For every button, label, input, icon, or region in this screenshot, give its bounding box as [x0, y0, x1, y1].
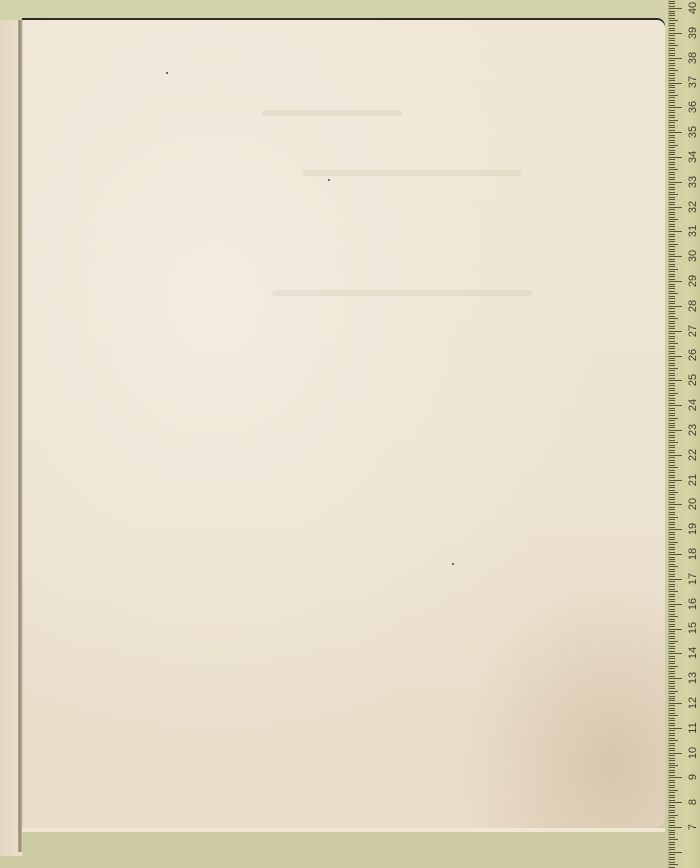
ruler-tick: [669, 671, 675, 672]
ruler-tick: [669, 408, 675, 409]
ruler-tick: [669, 3, 675, 4]
ruler-tick: [669, 343, 678, 344]
ruler-tick: [669, 614, 675, 615]
ruler-tick: [669, 678, 682, 679]
ruler-tick: [669, 760, 675, 761]
ruler-tick: [669, 256, 682, 257]
ruler-tick: [669, 390, 675, 391]
ruler-tick: [669, 849, 675, 850]
ruler-label: 39: [687, 23, 699, 43]
ruler-label: 12: [687, 693, 699, 713]
ruler-tick: [669, 6, 675, 7]
ruler-tick: [669, 97, 675, 98]
ruler-tick: [669, 450, 675, 451]
ruler-tick: [669, 145, 678, 146]
ruler-tick: [669, 663, 675, 664]
ruler-label: 31: [687, 221, 699, 241]
ruler-tick: [669, 303, 675, 304]
bleed-through-mark: [302, 170, 522, 176]
ruler-tick: [669, 581, 675, 582]
ruler-tick: [669, 117, 675, 118]
ruler-tick: [669, 306, 682, 307]
ruler-tick: [669, 92, 675, 93]
ruler-tick: [669, 648, 675, 649]
ruler-tick: [669, 447, 675, 448]
ruler-tick: [669, 425, 675, 426]
ruler-tick: [669, 832, 675, 833]
ruler-tick: [669, 492, 678, 493]
ruler-tick: [669, 246, 675, 247]
ruler-tick: [669, 105, 675, 106]
ruler-tick: [669, 566, 678, 567]
ruler-tick: [669, 698, 675, 699]
blank-page: [22, 20, 665, 828]
ruler-tick: [669, 606, 675, 607]
ruler-tick: [669, 13, 675, 14]
ruler-tick: [669, 767, 675, 768]
ruler-label: 9: [687, 767, 699, 787]
ruler-tick: [669, 477, 675, 478]
ruler-tick: [669, 373, 675, 374]
ruler-tick: [669, 259, 675, 260]
bleed-through-mark: [272, 290, 532, 296]
ruler-tick: [669, 825, 675, 826]
ruler-tick: [669, 586, 675, 587]
ruler-tick: [669, 214, 675, 215]
ruler-tick: [669, 80, 675, 81]
ruler-tick: [669, 415, 675, 416]
ruler-tick: [669, 279, 675, 280]
ruler-tick: [669, 626, 675, 627]
ruler-label: 34: [687, 147, 699, 167]
ruler-tick: [669, 636, 675, 637]
ruler-tick: [669, 561, 675, 562]
ruler-tick: [669, 326, 675, 327]
ruler-tick: [669, 418, 678, 419]
ruler-tick: [669, 651, 675, 652]
ruler-tick: [669, 1, 675, 2]
ruler-tick: [669, 189, 675, 190]
ruler-tick: [669, 132, 682, 133]
ruler-tick: [669, 316, 675, 317]
ruler-tick: [669, 410, 675, 411]
ruler-tick: [669, 291, 675, 292]
ruler-tick: [669, 609, 675, 610]
ruler-label: 33: [687, 172, 699, 192]
ruler-tick: [669, 152, 675, 153]
ruler-tick: [669, 435, 675, 436]
ruler-tick: [669, 423, 675, 424]
ruler-tick: [669, 30, 675, 31]
ruler-tick: [669, 338, 675, 339]
ruler-tick: [669, 281, 682, 282]
ruler-tick: [669, 745, 675, 746]
ruler-tick: [669, 380, 682, 381]
ruler-label: 10: [687, 743, 699, 763]
ruler-tick: [669, 817, 675, 818]
ruler-tick: [669, 790, 678, 791]
ruler-tick: [669, 375, 675, 376]
ruler-tick: [669, 532, 675, 533]
ruler-tick: [669, 150, 675, 151]
ruler-tick: [669, 599, 675, 600]
ruler-tick: [669, 820, 675, 821]
ruler-tick: [669, 549, 675, 550]
ruler-tick: [669, 432, 675, 433]
ruler-label: 25: [687, 370, 699, 390]
ruler-tick: [669, 288, 675, 289]
ruler-tick: [669, 658, 675, 659]
ruler-tick: [669, 125, 675, 126]
ruler-label: 32: [687, 197, 699, 217]
ruler-tick: [669, 70, 678, 71]
ruler-tick: [669, 643, 675, 644]
ruler-tick: [669, 137, 675, 138]
ruler-tick: [669, 370, 675, 371]
ruler-tick: [669, 241, 675, 242]
ruler-tick: [669, 311, 675, 312]
paper-speck: [166, 72, 168, 74]
ruler-tick: [669, 420, 675, 421]
ruler-tick: [669, 686, 675, 687]
ruler-tick: [669, 552, 675, 553]
ruler-tick: [669, 785, 675, 786]
ruler-tick: [669, 502, 675, 503]
ruler-tick: [669, 130, 675, 131]
ruler-tick: [669, 87, 675, 88]
ruler-tick: [669, 641, 678, 642]
ruler-tick: [669, 107, 682, 108]
ruler-tick: [669, 209, 675, 210]
ruler-tick: [669, 140, 675, 141]
ruler-tick: [669, 20, 678, 21]
ruler-tick: [669, 750, 675, 751]
ruler-tick: [669, 266, 675, 267]
ruler-tick: [669, 360, 675, 361]
ruler-tick: [669, 400, 675, 401]
ruler-label: 7: [687, 817, 699, 837]
ruler-tick: [669, 264, 675, 265]
ruler-tick: [669, 318, 678, 319]
ruler-tick: [669, 212, 675, 213]
ruler-tick: [669, 524, 675, 525]
ruler-label: 19: [687, 519, 699, 539]
ruler-label: 13: [687, 668, 699, 688]
ruler-tick: [669, 395, 675, 396]
ruler-tick: [669, 728, 682, 729]
ruler-label: 20: [687, 494, 699, 514]
ruler-tick: [669, 740, 678, 741]
ruler-tick: [669, 276, 675, 277]
ruler-tick: [669, 830, 675, 831]
ruler-tick: [669, 795, 675, 796]
ruler-tick: [669, 594, 675, 595]
ruler-tick: [669, 480, 682, 481]
ruler-tick: [669, 797, 675, 798]
ruler-tick: [669, 55, 675, 56]
ruler-label: 27: [687, 321, 699, 341]
ruler-tick: [669, 834, 675, 835]
ruler-label: 38: [687, 48, 699, 68]
ruler-tick: [669, 629, 682, 630]
ruler-tick: [669, 398, 675, 399]
ruler-tick: [669, 164, 675, 165]
ruler-tick: [669, 601, 675, 602]
ruler-tick: [669, 666, 678, 667]
ruler-tick: [669, 837, 675, 838]
ruler-tick: [669, 336, 675, 337]
ruler-tick: [669, 368, 678, 369]
ruler-label: 30: [687, 246, 699, 266]
ruler-tick: [669, 271, 675, 272]
ruler-tick: [669, 621, 675, 622]
ruler-tick: [669, 53, 675, 54]
ruler-tick: [669, 261, 675, 262]
ruler-tick: [669, 676, 675, 677]
ruler-tick: [669, 455, 682, 456]
ruler-tick: [669, 127, 675, 128]
ruler-tick: [669, 217, 675, 218]
ruler-label: 35: [687, 122, 699, 142]
measuring-ruler: 4039383736353433323130292827262524232221…: [668, 0, 700, 868]
ruler-tick: [669, 427, 675, 428]
ruler-tick: [669, 11, 675, 12]
ruler-tick: [669, 633, 675, 634]
ruler-tick: [669, 445, 675, 446]
ruler-tick: [669, 703, 682, 704]
ruler-tick: [669, 58, 682, 59]
ruler-tick: [669, 656, 675, 657]
ruler-tick: [669, 802, 682, 803]
ruler-tick: [669, 142, 675, 143]
page-bottom-edge: [22, 828, 665, 832]
ruler-tick: [669, 251, 675, 252]
ruler-tick: [669, 75, 675, 76]
ruler-tick: [669, 90, 675, 91]
ruler-label: 26: [687, 345, 699, 365]
ruler-label: 14: [687, 643, 699, 663]
ruler-tick: [669, 308, 675, 309]
ruler-tick: [669, 681, 675, 682]
ruler-tick: [669, 638, 675, 639]
ruler-tick: [669, 231, 682, 232]
ruler-tick: [669, 529, 682, 530]
ruler-tick: [669, 122, 675, 123]
ruler-tick: [669, 782, 675, 783]
ruler-tick: [669, 673, 675, 674]
ruler-tick: [669, 475, 675, 476]
ruler-tick: [669, 584, 675, 585]
ruler-tick: [669, 234, 675, 235]
ruler-tick: [669, 95, 678, 96]
ruler-tick: [669, 147, 675, 148]
ruler-tick: [669, 462, 675, 463]
ruler-label: 16: [687, 594, 699, 614]
ruler-tick: [669, 184, 675, 185]
ruler-tick: [669, 522, 675, 523]
ruler-tick: [669, 735, 675, 736]
ruler-tick: [669, 8, 682, 9]
ruler-tick: [669, 512, 675, 513]
ruler-tick: [669, 346, 675, 347]
ruler-tick: [669, 800, 675, 801]
ruler-tick: [669, 472, 675, 473]
ruler-tick: [669, 78, 675, 79]
ruler-label: 11: [687, 718, 699, 738]
ruler-tick: [669, 28, 675, 29]
ruler-tick: [669, 442, 678, 443]
ruler-label: 23: [687, 420, 699, 440]
ruler-tick: [669, 527, 675, 528]
ruler-label: 29: [687, 271, 699, 291]
ruler-tick: [669, 569, 675, 570]
ruler-tick: [669, 544, 675, 545]
ruler-tick: [669, 313, 675, 314]
ruler-label: 18: [687, 544, 699, 564]
ruler-label: 8: [687, 792, 699, 812]
ruler-tick: [669, 780, 675, 781]
ruler-tick: [669, 542, 678, 543]
ruler-tick: [669, 358, 675, 359]
ruler-label: 36: [687, 97, 699, 117]
ruler-tick: [669, 465, 675, 466]
ruler-tick: [669, 490, 675, 491]
ruler-label: 21: [687, 470, 699, 490]
ruler-tick: [669, 770, 675, 771]
ruler-tick: [669, 43, 675, 44]
ruler-tick: [669, 827, 682, 828]
ruler-tick: [669, 157, 682, 158]
ruler-tick: [669, 403, 675, 404]
ruler-tick: [669, 365, 675, 366]
ruler-tick: [669, 733, 675, 734]
ruler-tick: [669, 65, 675, 66]
ruler-tick: [669, 25, 675, 26]
ruler-tick: [669, 509, 675, 510]
ruler-tick: [669, 331, 682, 332]
ruler-tick: [669, 177, 675, 178]
ruler-tick: [669, 85, 675, 86]
ruler-tick: [669, 547, 675, 548]
ruler-tick: [669, 199, 675, 200]
ruler-tick: [669, 725, 675, 726]
ruler-tick: [669, 720, 675, 721]
ruler-tick: [669, 413, 675, 414]
ruler-tick: [669, 715, 678, 716]
ruler-tick: [669, 48, 675, 49]
ruler-tick: [669, 341, 675, 342]
ruler-tick: [669, 356, 682, 357]
ruler-tick: [669, 683, 675, 684]
ruler-tick: [669, 23, 675, 24]
ruler-tick: [669, 743, 675, 744]
ruler-tick: [669, 437, 675, 438]
ruler-tick: [669, 162, 675, 163]
ruler-tick: [669, 115, 675, 116]
ruler-tick: [669, 514, 675, 515]
ruler-tick: [669, 102, 675, 103]
ruler-tick: [669, 763, 675, 764]
ruler-tick: [669, 539, 675, 540]
ruler-tick: [669, 765, 678, 766]
ruler-tick: [669, 571, 675, 572]
ruler-tick: [669, 839, 678, 840]
ruler-tick: [669, 616, 678, 617]
ruler-tick: [669, 574, 675, 575]
ruler-tick: [669, 388, 675, 389]
ruler-tick: [669, 646, 675, 647]
ruler-tick: [669, 738, 675, 739]
ruler-tick: [669, 517, 678, 518]
ruler-tick: [669, 787, 675, 788]
ruler-tick: [669, 204, 675, 205]
ruler-tick: [669, 805, 675, 806]
ruler-tick: [669, 174, 675, 175]
ruler-tick: [669, 854, 675, 855]
ruler-tick: [669, 298, 675, 299]
ruler-tick: [669, 591, 678, 592]
ruler-tick: [669, 619, 675, 620]
ruler-label: 15: [687, 618, 699, 638]
ruler-tick: [669, 378, 675, 379]
ruler-tick: [669, 519, 675, 520]
ruler-tick: [669, 50, 675, 51]
ruler-tick: [669, 859, 675, 860]
ruler-tick: [669, 154, 675, 155]
ruler-tick: [669, 60, 675, 61]
ruler-tick: [669, 718, 675, 719]
ruler-tick: [669, 182, 682, 183]
ruler-tick: [669, 207, 682, 208]
ruler-tick: [669, 167, 675, 168]
ruler-tick: [669, 482, 675, 483]
ruler-tick: [669, 385, 675, 386]
ruler-tick: [669, 653, 682, 654]
ruler-tick: [669, 559, 675, 560]
ruler-tick: [669, 135, 675, 136]
ruler-tick: [669, 557, 675, 558]
ruler-tick: [669, 589, 675, 590]
ruler-tick: [669, 507, 675, 508]
ruler-tick: [669, 688, 675, 689]
ruler-tick: [669, 229, 675, 230]
ruler-tick: [669, 822, 675, 823]
ruler-tick: [669, 328, 675, 329]
ruler-tick: [669, 172, 675, 173]
ruler-tick: [669, 693, 675, 694]
ruler-tick: [669, 202, 675, 203]
ruler-tick: [669, 579, 682, 580]
ruler-tick: [669, 494, 675, 495]
ruler-tick: [669, 18, 675, 19]
ruler-tick: [669, 497, 675, 498]
ruler-tick: [669, 755, 675, 756]
ruler-tick: [669, 696, 675, 697]
ruler-tick: [669, 284, 675, 285]
paper-speck: [328, 179, 330, 181]
bleed-through-mark: [262, 110, 402, 116]
binding-edge: [18, 20, 22, 852]
ruler-tick: [669, 83, 682, 84]
ruler-tick: [669, 120, 678, 121]
ruler-tick: [669, 45, 678, 46]
ruler-tick: [669, 321, 675, 322]
ruler-tick: [669, 110, 675, 111]
ruler-tick: [669, 537, 675, 538]
ruler-tick: [669, 775, 675, 776]
ruler-tick: [669, 668, 675, 669]
ruler-tick: [669, 852, 682, 853]
